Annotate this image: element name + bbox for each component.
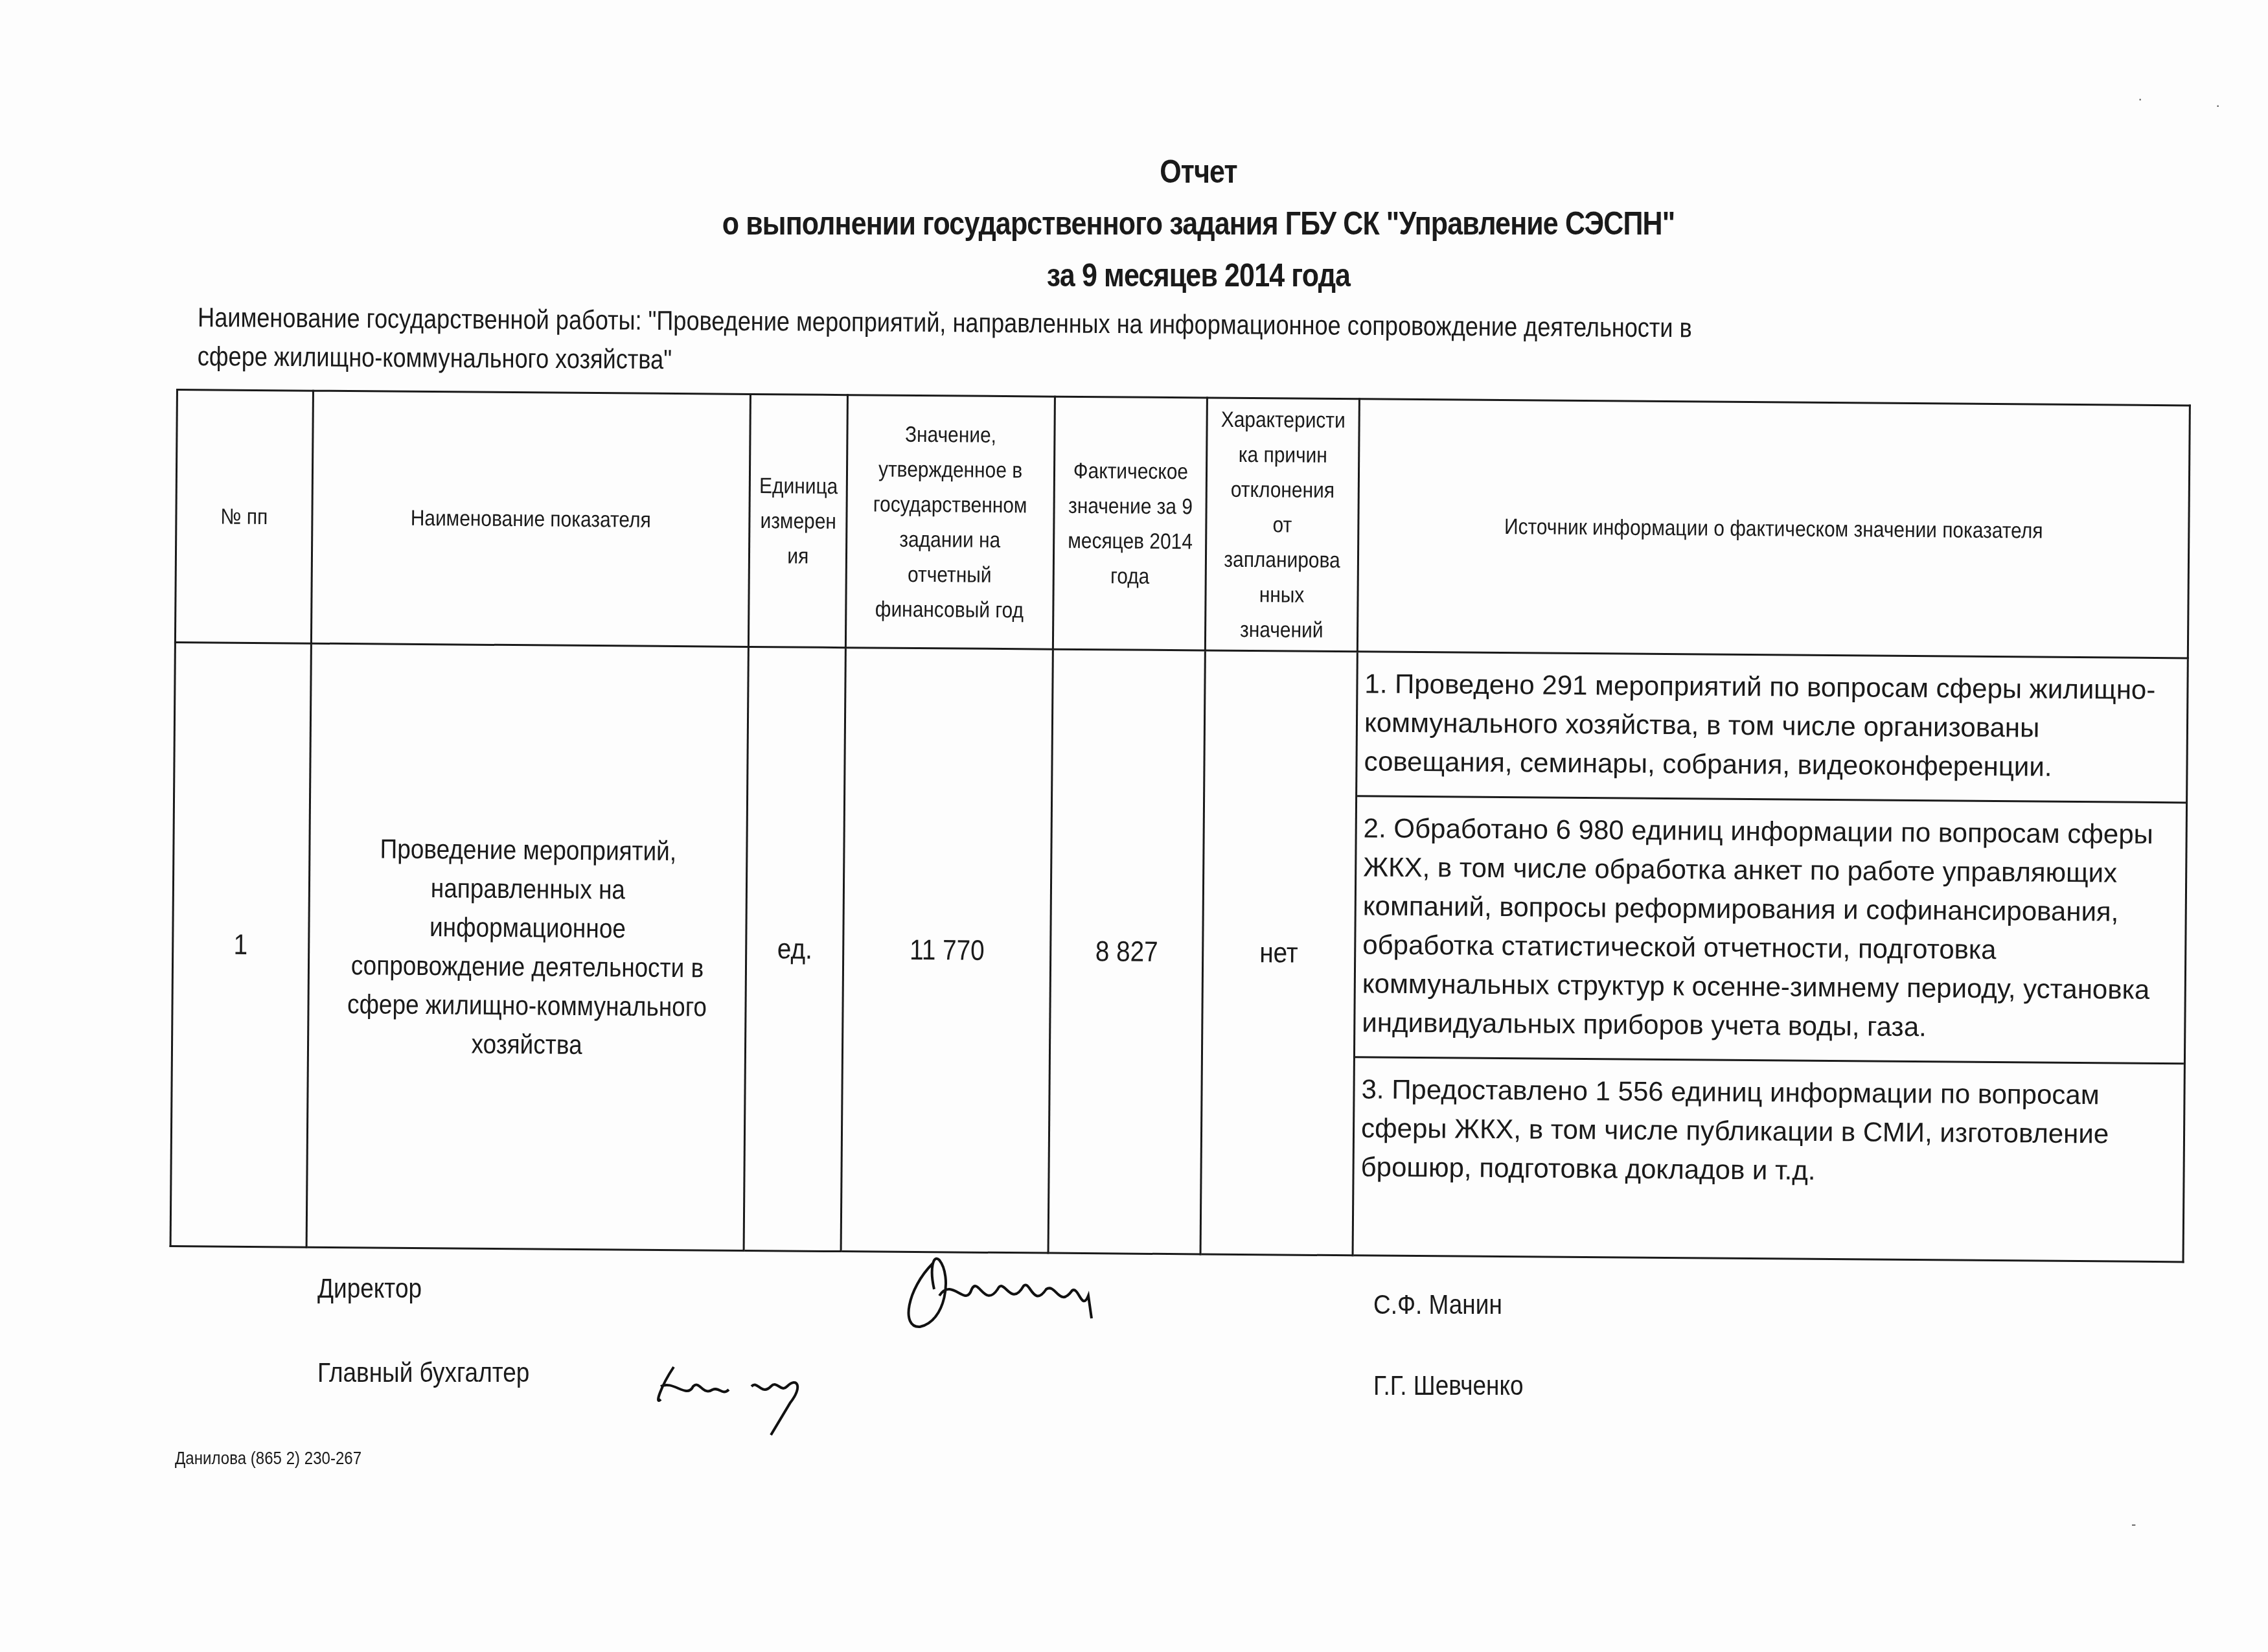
scan-artifact-icon: · [2216,97,2220,114]
row-number: 1 [170,642,311,1247]
scan-artifact-icon: - [2131,1516,2136,1533]
header-planned: Значение, утвержденное в государственном… [845,395,1055,650]
source-item-3: 3. Предоставлено 1 556 единиц информации… [1354,1058,2184,1261]
header-source: Источник информации о фактическом значен… [1357,399,2190,658]
header-deviation: Характеристи ка причин отклонения от зап… [1205,398,1359,652]
header-number: № пп [175,390,313,644]
director-signature-icon [894,1250,1179,1341]
table-header-row: № пп Наименование показателя Единица изм… [175,390,2190,658]
row-unit: ед. [744,647,845,1251]
header-actual: Фактическое значение за 9 месяцев 2014 г… [1053,396,1207,650]
table-row: 1 Проведение мероприятий, направленных н… [170,642,2188,1261]
chief-accountant-signature-icon [648,1360,829,1438]
source-item-2: 2. Обработано 6 980 единиц информации по… [1355,797,2186,1064]
header-unit: Единица измерен ия [748,394,847,647]
contact-footer: Данилова (865 2) 230-267 [175,1448,361,1469]
title-line-1: Отчет [669,146,1728,198]
row-planned: 11 770 [841,648,1053,1253]
report-table: № пп Наименование показателя Единица изм… [170,389,2191,1263]
director-name: С.Ф. Манин [1373,1289,1502,1320]
header-indicator: Наименование показателя [311,391,750,647]
chief-accountant-name: Г.Г. Шевченко [1373,1370,1524,1401]
work-name: Наименование государственной работы: "Пр… [198,298,1758,387]
row-actual: 8 827 [1048,649,1205,1254]
scanned-document-page: Отчет о выполнении государственного зада… [0,0,2268,1652]
chief-accountant-role: Главный бухгалтер [317,1357,529,1388]
row-sources: 1. Проведено 291 мероприятий по вопросам… [1353,652,2188,1262]
row-indicator: Проведение мероприятий, направленных на … [306,643,748,1250]
scan-artifact-icon: · [2138,91,2142,108]
director-role: Директор [317,1273,422,1304]
source-item-1: 1. Проведено 291 мероприятий по вопросам… [1357,652,2187,803]
title-line-3: за 9 месяцев 2014 года [669,249,1728,301]
report-title: Отчет о выполнении государственного зада… [583,146,1814,301]
title-line-2: о выполнении государственного задания ГБ… [669,198,1728,249]
row-deviation: нет [1200,650,1357,1256]
